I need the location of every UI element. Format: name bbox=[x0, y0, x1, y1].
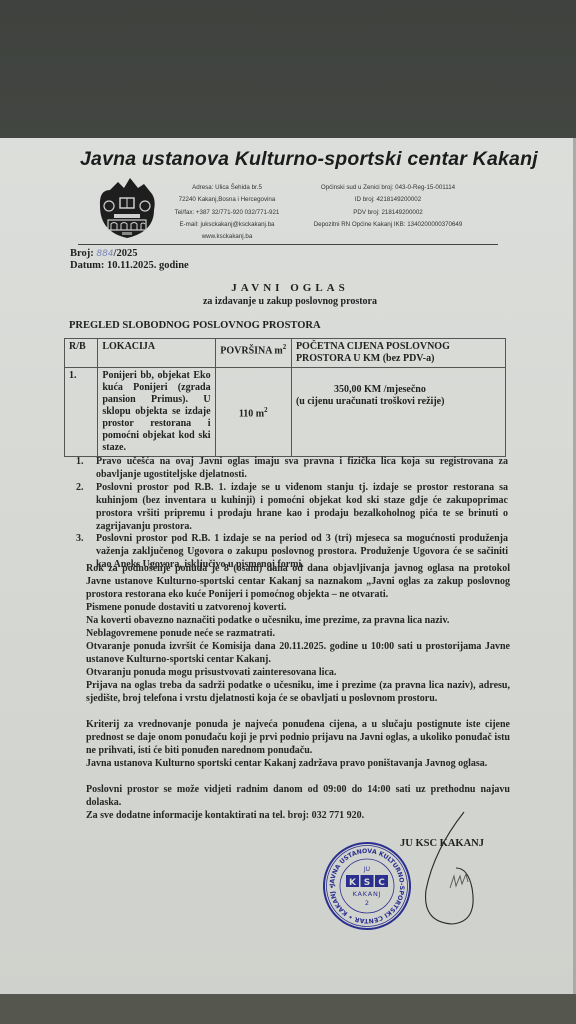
header-rb: R/B bbox=[65, 339, 98, 368]
header-location: LOKACIJA bbox=[98, 339, 215, 368]
background-surface bbox=[0, 993, 576, 1024]
header-area-label: POVRŠINA m bbox=[220, 345, 283, 356]
document-date: Datum: 10.11.2025. godine bbox=[70, 260, 189, 272]
header-area-sup: 2 bbox=[283, 343, 287, 351]
paragraph-viewing: Poslovni prostor se može vidjeti radnim … bbox=[86, 784, 510, 810]
cell-area-sup: 2 bbox=[264, 406, 268, 414]
svg-text:C: C bbox=[378, 878, 385, 888]
condition-number: 2. bbox=[76, 482, 84, 495]
website-line: www.ksckakanj.ba bbox=[172, 231, 282, 243]
reference-label: Broj: bbox=[70, 248, 94, 259]
paragraph-attendance: Otvaranju ponuda mogu prisustvovati zain… bbox=[86, 667, 510, 680]
price-note: (u cijenu uračunati troškovi režije) bbox=[296, 396, 501, 408]
institution-title: Javna ustanova Kulturno-sportski centar … bbox=[80, 148, 520, 171]
document-subtitle: za izdavanje u zakup poslovnog prostora bbox=[60, 296, 520, 307]
document-page: Javna ustanova Kulturno-sportski centar … bbox=[0, 138, 576, 994]
reference-year: /2025 bbox=[114, 248, 138, 259]
svg-text:K: K bbox=[349, 878, 357, 888]
paragraph-envelope-info: Na koverti obavezno naznačiti podatke o … bbox=[86, 615, 510, 628]
reference-handwritten: 884 bbox=[96, 249, 113, 259]
contact-info-left: Adresa: Ulica Šehida br.5 72240 Kakanj,B… bbox=[172, 182, 282, 243]
table-header-row: R/B LOKACIJA POVRŠINA m2 POČETNA CIJENA … bbox=[65, 339, 506, 368]
official-stamp-icon: JAVNA USTANOVA KULTURNO-SPORTSKI CENTAR … bbox=[322, 841, 412, 931]
paragraph-criteria: Kriterij za vrednovanje ponuda je najveć… bbox=[86, 719, 510, 758]
cell-price: 350,00 KM /mjesečno (u cijenu uračunati … bbox=[291, 368, 505, 457]
paragraph-deadline: Rok za podnošenje ponuda je 8 (osam) dan… bbox=[86, 563, 510, 602]
cell-rb: 1. bbox=[65, 368, 98, 457]
paragraph-opening: Otvaranje ponuda izvršit će Komisija dan… bbox=[86, 641, 510, 667]
condition-number: 1. bbox=[76, 456, 84, 469]
paragraph-application: Prijava na oglas treba da sadrži podatke… bbox=[86, 680, 510, 706]
paragraph-cancellation: Javna ustanova Kulturno sportski centar … bbox=[86, 758, 510, 771]
svg-text:2: 2 bbox=[365, 899, 369, 907]
svg-text:JU: JU bbox=[363, 866, 370, 873]
condition-number: 3. bbox=[76, 533, 84, 546]
table-row: 1. Ponijeri bb, objekat Eko kuća Ponijer… bbox=[65, 368, 506, 457]
price-amount: 350,00 KM /mjesečno bbox=[296, 384, 501, 396]
header-divider bbox=[78, 244, 498, 245]
bank-account-line: Depozitni RN Općine Kakanj IKB: 13402000… bbox=[304, 219, 472, 231]
court-registration-line: Općinski sud u Zenici broj: 043-0-Reg-15… bbox=[304, 182, 472, 194]
condition-item: 2.Poslovni prostor pod R.B. 1. izdaje se… bbox=[76, 482, 508, 534]
address-line: Adresa: Ulica Šehida br.5 bbox=[172, 182, 282, 194]
condition-text: Pravo učešća na ovaj Javni oglas imaju s… bbox=[96, 456, 508, 480]
cell-location: Ponijeri bb, objekat Eko kuća Ponijeri (… bbox=[98, 368, 215, 457]
paragraph-sealed-envelope: Pismene ponude dostaviti u zatvorenoj ko… bbox=[86, 602, 510, 615]
condition-text: Poslovni prostor pod R.B. 1. izdaje se u… bbox=[96, 482, 508, 532]
handwritten-signature-icon bbox=[412, 810, 492, 930]
city-line: 72240 Kakanj,Bosna i Hercegovina bbox=[172, 194, 282, 206]
header-price: POČETNA CIJENA POSLOVNOG PROSTORA U KM (… bbox=[291, 339, 505, 368]
svg-text:S: S bbox=[364, 878, 370, 888]
vat-number-line: PDV broj: 218149200002 bbox=[304, 207, 472, 219]
header-area: POVRŠINA m2 bbox=[215, 339, 291, 368]
contact-info-right: Općinski sud u Zenici broj: 043-0-Reg-15… bbox=[304, 182, 472, 231]
condition-item: 1.Pravo učešća na ovaj Javni oglas imaju… bbox=[76, 456, 508, 482]
reference-number: Broj: 884/2025 bbox=[70, 248, 189, 260]
document-title: JAVNI OGLAS bbox=[60, 282, 520, 294]
phone-line: Tel/fax: +387 32/771-920 032/771-921 bbox=[172, 207, 282, 219]
conditions-list: 1.Pravo učešća na ovaj Javni oglas imaju… bbox=[76, 456, 508, 572]
cell-area-value: 110 m bbox=[239, 408, 264, 419]
document-meta: Broj: 884/2025 Datum: 10.11.2025. godine bbox=[70, 248, 189, 272]
cell-area: 110 m2 bbox=[215, 368, 291, 457]
email-line: E-mail: juksckakanj@ksckakanj.ba bbox=[172, 219, 282, 231]
institution-logo-icon bbox=[94, 176, 160, 240]
id-number-line: ID broj: 4218149200002 bbox=[304, 194, 472, 206]
available-space-table: R/B LOKACIJA POVRŠINA m2 POČETNA CIJENA … bbox=[64, 338, 506, 457]
section-title: PREGLED SLOBODNOG POSLOVNOG PROSTORA bbox=[69, 320, 321, 331]
paragraph-late-offers: Neblagovremene ponude neće se razmatrati… bbox=[86, 628, 510, 641]
svg-text:KAKANJ: KAKANJ bbox=[353, 890, 382, 898]
